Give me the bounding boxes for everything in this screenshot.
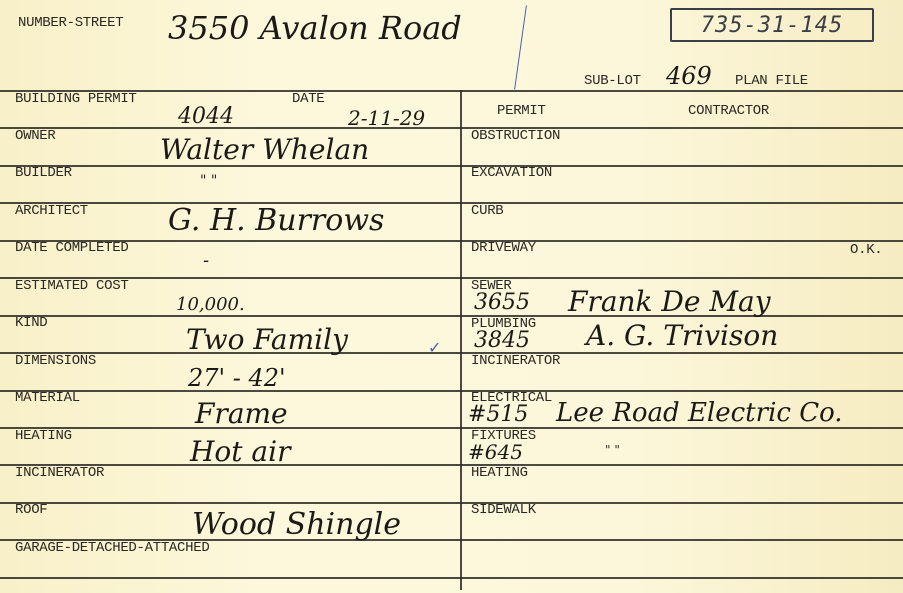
fixtures-permit: #645: [468, 442, 523, 462]
incinerator-label: INCINERATOR: [15, 466, 104, 480]
rule: [0, 352, 903, 354]
architect-label: ARCHITECT: [15, 204, 88, 218]
dimensions-label: DIMENSIONS: [15, 354, 96, 368]
electrical-permit: #515: [468, 404, 528, 426]
pen-mark: [514, 5, 527, 89]
garage-label: GARAGE-DETACHED-ATTACHED: [15, 541, 209, 555]
column-divider: [460, 90, 462, 590]
builder-value: " ": [200, 174, 217, 188]
sewer-permit: 3655: [474, 292, 530, 314]
heating-value: Hot air: [190, 438, 290, 466]
architect-value: G. H. Burrows: [168, 206, 384, 236]
electrical-contractor: Lee Road Electric Co.: [556, 400, 843, 426]
rule: [0, 165, 903, 167]
permit-header: PERMIT: [497, 104, 546, 118]
kind-value: Two Family: [186, 326, 348, 354]
excavation-label: EXCAVATION: [471, 166, 552, 180]
sub-lot-label: SUB-LOT: [584, 74, 641, 88]
rule: [0, 277, 903, 279]
builder-label: BUILDER: [15, 166, 72, 180]
roof-label: ROOF: [15, 503, 47, 517]
fixtures-contractor: " ": [605, 444, 620, 456]
material-label: MATERIAL: [15, 391, 80, 405]
rule: [0, 502, 903, 504]
heating-permit-label: HEATING: [471, 466, 528, 480]
obstruction-label: OBSTRUCTION: [471, 129, 560, 143]
date-value: 2-11-29: [348, 108, 425, 128]
estimated-cost-label: ESTIMATED COST: [15, 279, 128, 293]
rule: [0, 390, 903, 392]
dimensions-value: 27' - 42': [188, 366, 286, 390]
plumbing-contractor: A. G. Trivison: [586, 322, 778, 350]
rule: [0, 202, 903, 204]
rule: [0, 577, 903, 579]
kind-label: KIND: [15, 316, 47, 330]
permit-card: NUMBER-STREET 3550 Avalon Road 735-31-14…: [0, 0, 903, 593]
heating-label: HEATING: [15, 429, 72, 443]
date-completed-label: DATE COMPLETED: [15, 241, 128, 255]
incinerator-permit-label: INCINERATOR: [471, 354, 560, 368]
rule: [0, 240, 903, 242]
material-value: Frame: [195, 400, 288, 428]
sidewalk-label: SIDEWALK: [471, 503, 536, 517]
driveway-label: DRIVEWAY: [471, 241, 536, 255]
roof-value: Wood Shingle: [192, 510, 401, 540]
contractor-header: CONTRACTOR: [688, 104, 769, 118]
driveway-note: O.K.: [850, 243, 882, 257]
rule: [0, 127, 903, 129]
plumbing-permit: 3845: [474, 330, 530, 352]
rule: [0, 464, 903, 466]
date-label: DATE: [292, 92, 324, 106]
file-number-stamp: 735-31-145: [670, 8, 874, 42]
sub-lot-value: 469: [666, 64, 712, 88]
date-completed-value: -: [203, 252, 209, 270]
owner-value: Walter Whelan: [160, 136, 369, 164]
check-mark-icon: ✓: [428, 338, 441, 357]
building-permit-label: BUILDING PERMIT: [15, 92, 137, 106]
owner-label: OWNER: [15, 129, 56, 143]
curb-label: CURB: [471, 204, 503, 218]
plan-file-label: PLAN FILE: [735, 74, 808, 88]
number-street-value: 3550 Avalon Road: [168, 12, 462, 44]
sewer-contractor: Frank De May: [568, 288, 771, 316]
estimated-cost-value: 10,000.: [176, 296, 245, 314]
building-permit-value: 4044: [178, 106, 234, 128]
number-street-label: NUMBER-STREET: [18, 16, 123, 30]
